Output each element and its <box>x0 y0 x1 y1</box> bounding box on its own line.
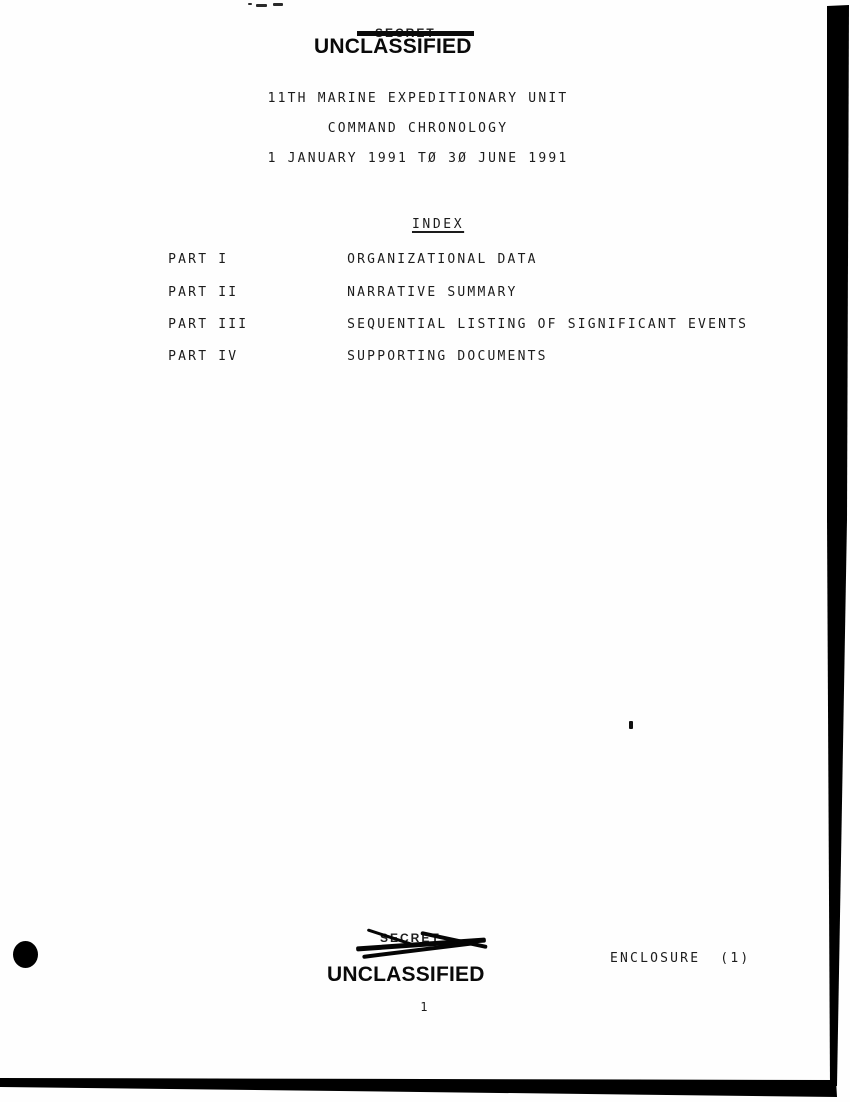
part-title: SUPPORTING DOCUMENTS <box>347 349 548 364</box>
page-number: 1 <box>0 1000 850 1014</box>
document-title-line-2: COMMAND CHRONOLOGY <box>0 122 836 136</box>
index-heading: INDEX <box>412 218 464 232</box>
scan-dash-dot <box>248 3 252 5</box>
part-label: PART II <box>168 286 347 300</box>
hole-punch-mark <box>13 941 38 968</box>
part-title: ORGANIZATIONAL DATA <box>347 252 538 267</box>
scan-dash-right <box>273 3 283 6</box>
scan-edge-bottom-wedge <box>0 1078 837 1097</box>
top-unclassified-stamp: UNCLASSIFIED <box>314 36 472 57</box>
document-title-line-1: 11TH MARINE EXPEDITIONARY UNIT <box>0 92 836 106</box>
part-label: PART I <box>168 253 347 267</box>
part-title: SEQUENTIAL LISTING OF SIGNIFICANT EVENTS <box>347 317 748 332</box>
ink-speck <box>629 721 633 729</box>
part-label: PART IV <box>168 350 347 364</box>
bottom-unclassified-stamp: UNCLASSIFIED <box>327 964 485 985</box>
part-label: PART III <box>168 318 347 332</box>
scan-dash-left <box>256 4 267 7</box>
enclosure-label: ENCLOSURE (1) <box>610 952 750 966</box>
scan-edge-right-bar <box>827 5 849 1086</box>
scanned-document-page: SECRET UNCLASSIFIED 11TH MARINE EXPEDITI… <box>0 0 850 1102</box>
index-row-part-4: PART IVSUPPORTING DOCUMENTS <box>128 336 548 378</box>
part-title: NARRATIVE SUMMARY <box>347 285 517 300</box>
document-title-line-3: 1 JANUARY 1991 TØ 3Ø JUNE 1991 <box>0 152 836 166</box>
